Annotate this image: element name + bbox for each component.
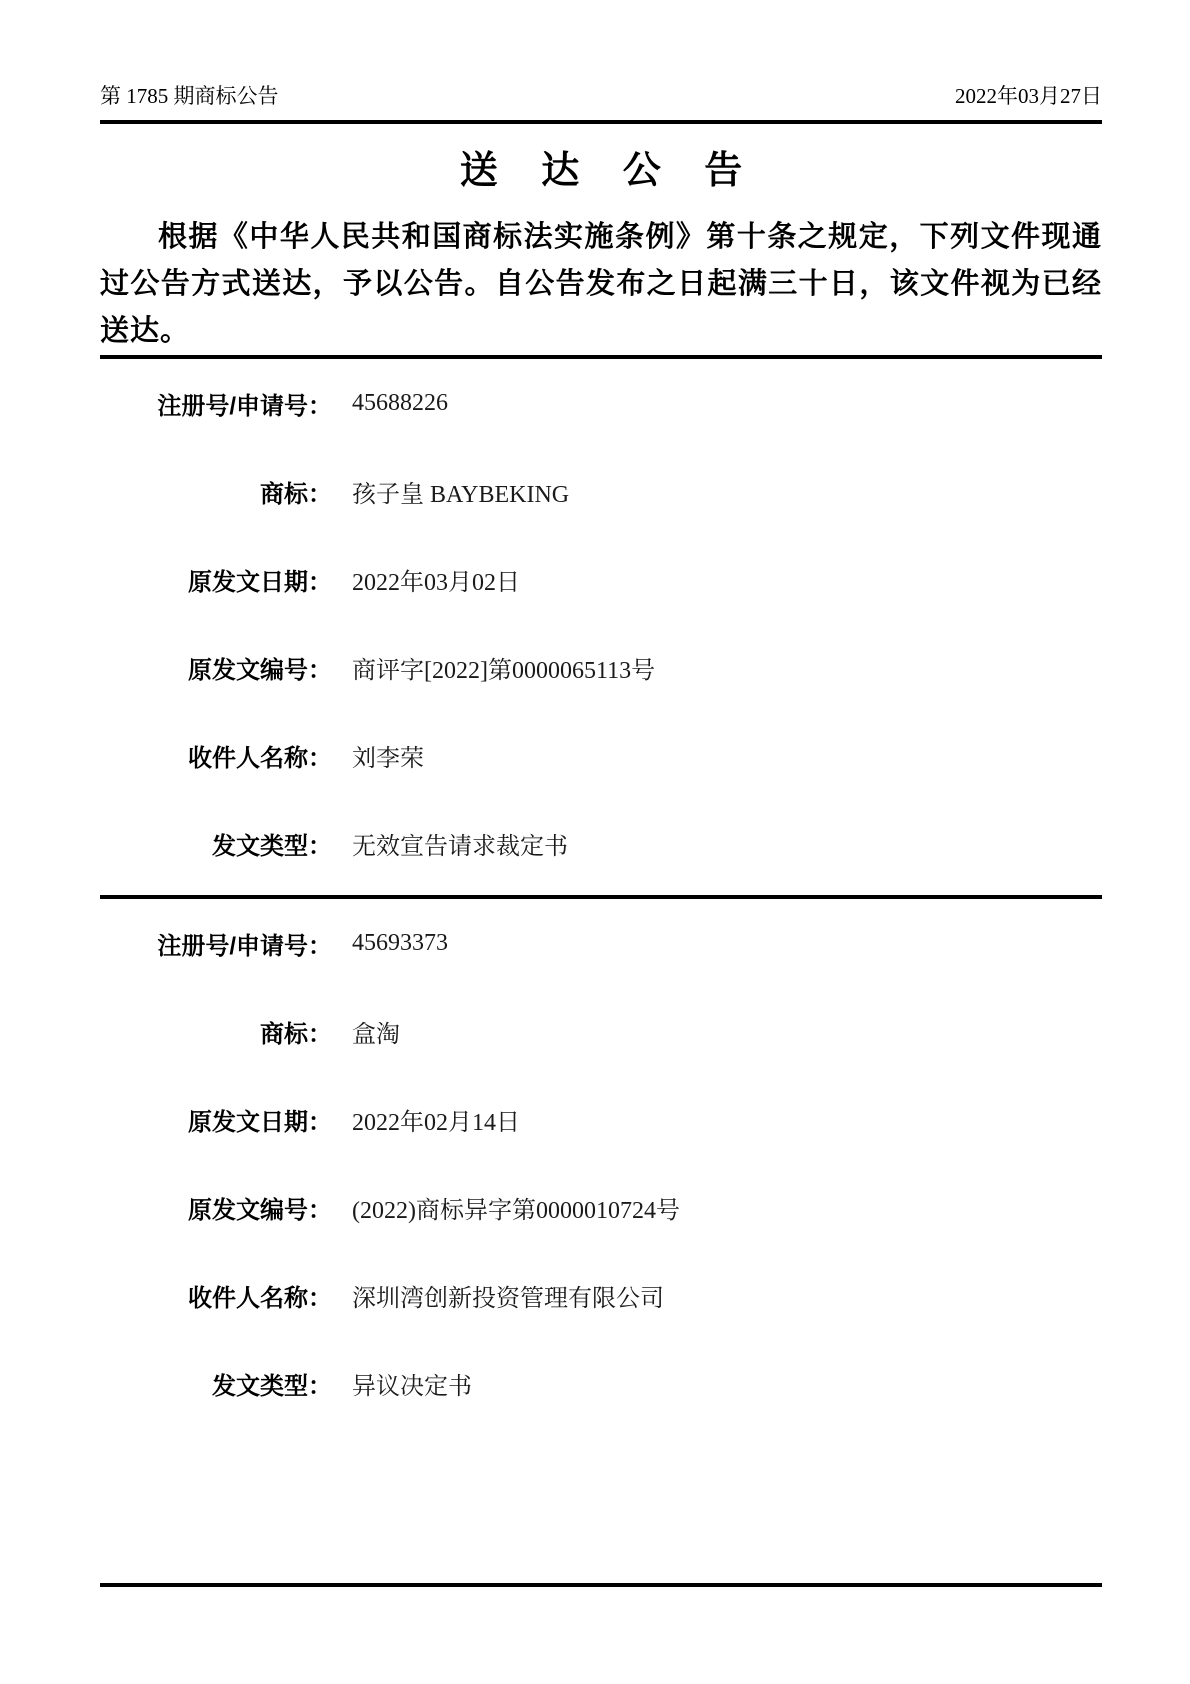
field-value: (2022)商标异字第0000010724号 (352, 1190, 680, 1225)
bottom-rule (100, 1583, 1102, 1587)
record-2: 注册号/申请号： 45693373 商标： 盒淘 原发文日期： 2022年02月… (100, 895, 1102, 1435)
field-value: 商评字[2022]第0000065113号 (352, 650, 655, 685)
field-row-trademark: 商标： 盒淘 (100, 987, 1102, 1075)
gazette-issue-label: 第 1785 期商标公告 (100, 84, 279, 108)
gazette-header: 第 1785 期商标公告 2022年03月27日 (100, 0, 1102, 124)
field-label: 收件人名称： (100, 1278, 332, 1313)
field-row-original-document-number: 原发文编号： (2022)商标异字第0000010724号 (100, 1163, 1102, 1251)
field-label: 注册号/申请号： (100, 926, 332, 961)
field-value: 孩子皇 BAYBEKING (352, 474, 569, 509)
field-row-trademark: 商标： 孩子皇 BAYBEKING (100, 447, 1102, 535)
field-row-original-document-number: 原发文编号： 商评字[2022]第0000065113号 (100, 623, 1102, 711)
field-label: 收件人名称： (100, 738, 332, 773)
field-label: 注册号/申请号： (100, 386, 332, 421)
field-value: 无效宣告请求裁定书 (352, 826, 568, 861)
field-label: 原发文编号： (100, 1190, 332, 1225)
field-row-registration-number: 注册号/申请号： 45688226 (100, 359, 1102, 447)
field-label: 商标： (100, 474, 332, 509)
page-content: 第 1785 期商标公告 2022年03月27日 送 达 公 告 根据《中华人民… (100, 0, 1102, 1587)
field-row-original-issue-date: 原发文日期： 2022年03月02日 (100, 535, 1102, 623)
intro-paragraph: 根据《中华人民共和国商标法实施条例》第十条之规定，下列文件现通过公告方式送达，予… (100, 214, 1102, 355)
field-label: 原发文日期： (100, 562, 332, 597)
field-value: 异议决定书 (352, 1366, 472, 1401)
record-1: 注册号/申请号： 45688226 商标： 孩子皇 BAYBEKING 原发文日… (100, 355, 1102, 895)
field-label: 商标： (100, 1014, 332, 1049)
field-label: 发文类型： (100, 1366, 332, 1401)
field-label: 原发文编号： (100, 650, 332, 685)
field-value: 深圳湾创新投资管理有限公司 (352, 1278, 664, 1313)
field-row-document-type: 发文类型： 无效宣告请求裁定书 (100, 799, 1102, 887)
field-value: 2022年03月02日 (352, 562, 520, 597)
field-row-recipient-name: 收件人名称： 刘李荣 (100, 711, 1102, 799)
field-value: 盒淘 (352, 1014, 400, 1049)
field-value: 45693373 (352, 930, 448, 957)
field-row-original-issue-date: 原发文日期： 2022年02月14日 (100, 1075, 1102, 1163)
gazette-date: 2022年03月27日 (955, 84, 1102, 108)
gazette-page: 第 1785 期商标公告 2022年03月27日 送 达 公 告 根据《中华人民… (0, 0, 1190, 1684)
field-value: 刘李荣 (352, 738, 424, 773)
field-row-registration-number: 注册号/申请号： 45693373 (100, 899, 1102, 987)
field-label: 发文类型： (100, 826, 332, 861)
page-title: 送 达 公 告 (100, 146, 1102, 196)
field-row-document-type: 发文类型： 异议决定书 (100, 1339, 1102, 1427)
field-value: 45688226 (352, 390, 448, 417)
field-row-recipient-name: 收件人名称： 深圳湾创新投资管理有限公司 (100, 1251, 1102, 1339)
field-label: 原发文日期： (100, 1102, 332, 1137)
field-value: 2022年02月14日 (352, 1102, 520, 1137)
